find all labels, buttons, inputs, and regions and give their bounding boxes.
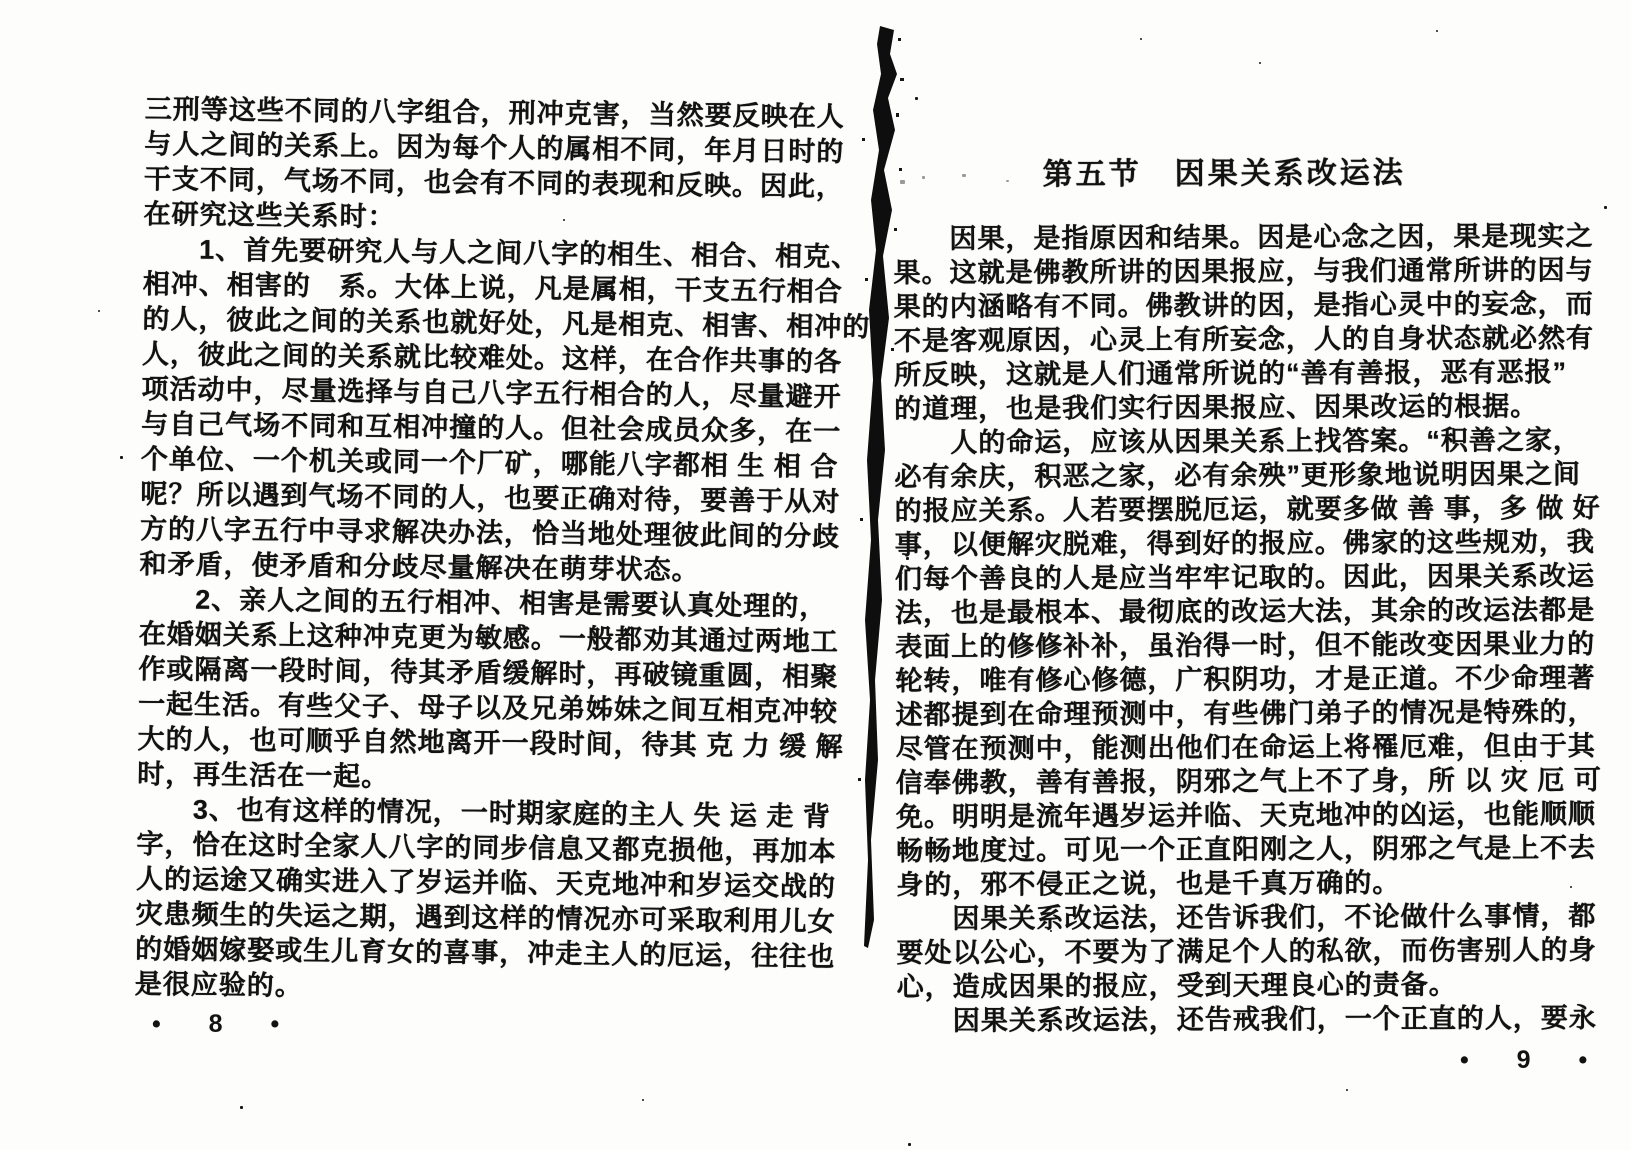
smudge-mark xyxy=(900,180,905,184)
text-line: 果。这就是佛教所讲的因果报应，与我们通常所讲的因与 xyxy=(894,253,1556,290)
text-line: 的道理，也是我们实行因果报应、因果改运的根据。 xyxy=(894,389,1556,426)
noise-speck xyxy=(908,1143,911,1146)
text-line: 不是客观原因，心灵上有所妄念，人的自身状态就必然有 xyxy=(894,321,1556,358)
right-page: 第五节 因果关系改运法 因果，是指原因和结果。因是心念之因，果是现实之果。这就是… xyxy=(893,127,1555,130)
book-scan: 三刑等这些不同的八字组合，刑冲克害，当然要反映在人与人之间的关系上。因为每个人的… xyxy=(0,0,1631,1150)
text-line: 要处以公心，不要为了满足个人的私欲，而伤害别人的身 xyxy=(897,933,1559,970)
text-line: 人的命运，应该从因果关系上找答案。“积善之家， xyxy=(894,423,1556,460)
noise-speck xyxy=(1520,760,1522,762)
text-line: 事，以便解灾脱难，得到好的报应。佛家的这些规劝，我 xyxy=(895,525,1557,562)
noise-speck xyxy=(1050,930,1052,932)
text-line: 因果关系改运法，还告戒我们，一个正直的人，要永 xyxy=(897,1001,1559,1038)
text-line: 信奉佛教，善有善报，阴邪之气上不了身，所 以 灾 厄 可 xyxy=(896,763,1558,800)
text-line: 表面上的修修补补，虽治得一时，但不能改变因果业力的 xyxy=(895,627,1557,664)
text-line: 们每个善良的人是应当牢牢记取的。因此，因果关系改运 xyxy=(895,559,1557,596)
text-line: 所反映，这就是人们通常所说的“善有善报，恶有恶报” xyxy=(894,355,1556,392)
section-heading: 第五节 因果关系改运法 xyxy=(893,147,1555,194)
text-line: 的报应关系。人若要摆脱厄运，就要多做 善 事，多 做 好 xyxy=(895,491,1557,528)
text-line: 必有余庆，积恶之家，必有余殃”更形象地说明因果之间 xyxy=(894,457,1556,494)
noise-speck xyxy=(906,557,909,560)
text-line: 果的内涵略有不同。佛教讲的因，是指心灵中的妄念，而 xyxy=(894,287,1556,324)
left-page-text: 三刑等这些不同的八字组合，刑冲克害，当然要反映在人与人之间的关系上。因为每个人的… xyxy=(135,92,855,1010)
noise-speck xyxy=(1346,1089,1348,1091)
left-page-number: • 8 • xyxy=(152,1010,281,1039)
noise-speck xyxy=(1140,38,1142,40)
text-line: 因果，是指原因和结果。因是心念之因，果是现实之 xyxy=(893,219,1555,256)
text-line: 畅畅地度过。可见一个正直阳刚之人，阴邪之气是上不去 xyxy=(896,831,1558,868)
noise-speck xyxy=(98,310,100,312)
noise-speck xyxy=(1259,62,1261,64)
noise-speck xyxy=(563,219,565,221)
text-line: 免。明明是流年遇岁运并临、天克地冲的凶运，也能顺顺 xyxy=(896,797,1558,834)
smudge-mark xyxy=(1006,180,1009,182)
right-page-number: • 9 • xyxy=(1460,1046,1589,1075)
noise-speck xyxy=(120,456,123,459)
noise-speck xyxy=(1570,886,1572,888)
text-line: 身的，邪不侵正之说，也是千真万确的。 xyxy=(896,865,1558,902)
smudge-mark xyxy=(922,176,925,179)
noise-speck xyxy=(1436,30,1438,32)
text-line: 法，也是最根本、最彻底的改运大法，其余的改运法都是 xyxy=(895,593,1557,630)
noise-speck xyxy=(436,186,439,189)
noise-speck xyxy=(915,97,918,100)
text-line: 轮转，唯有修心修德，广积阴功，才是正道。不少命理著 xyxy=(895,661,1557,698)
text-line: 因果关系改运法，还告诉我们，不论做什么事情，都 xyxy=(896,899,1558,936)
smudge-mark xyxy=(962,174,966,177)
text-line: 述都提到在命理预测中，有些佛门弟子的情况是特殊的， xyxy=(895,695,1557,732)
noise-speck xyxy=(642,1099,644,1101)
left-page: 三刑等这些不同的八字组合，刑冲克害，当然要反映在人与人之间的关系上。因为每个人的… xyxy=(145,92,855,100)
text-line: 心，造成因果的报应，受到天理良心的责备。 xyxy=(897,967,1559,1004)
text-line: 尽管在预测中，能测出他们在命运上将罹厄难，但由于其 xyxy=(896,729,1558,766)
noise-speck xyxy=(1604,206,1607,209)
noise-speck xyxy=(240,1106,243,1109)
noise-speck xyxy=(350,660,352,662)
right-page-text: 因果，是指原因和结果。因是心念之因，果是现实之果。这就是佛教所讲的因果报应，与我… xyxy=(893,219,1559,1038)
